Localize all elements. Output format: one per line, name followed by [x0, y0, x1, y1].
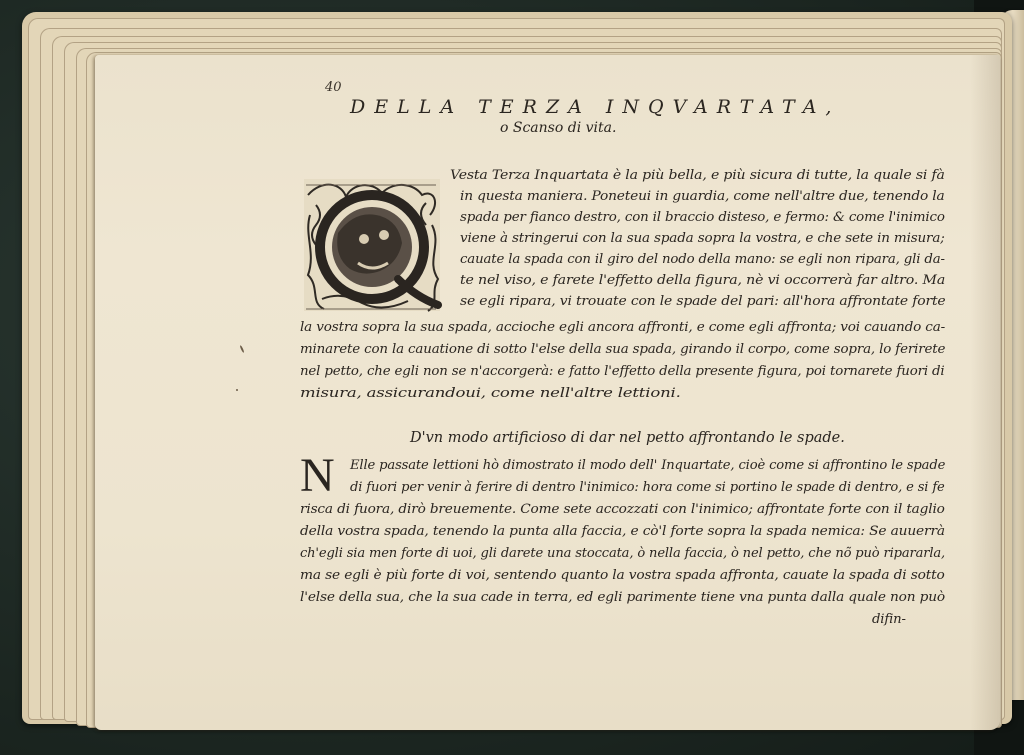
gutter-shadow — [970, 55, 1000, 730]
text-line: Vesta Terza Inquartata è la più bella, e… — [450, 168, 945, 184]
text-line: risca di fuora, dirò breuemente. Come se… — [300, 502, 945, 518]
initial-letter-n: N — [300, 452, 335, 500]
text-line: in questa maniera. Poneteui in guardia, … — [460, 189, 945, 205]
catchword: difin- — [872, 612, 906, 628]
text-line: la vostra sopra la sua spada, accioche e… — [300, 320, 945, 336]
text-line: l'else della sua, che la sua cade in ter… — [300, 590, 945, 606]
paper-mark — [236, 389, 238, 391]
text-line: ch'egli sia men forte di uoi, gli darete… — [300, 546, 945, 562]
section-heading: D'vn modo artificioso di dar nel petto a… — [410, 430, 845, 446]
chapter-title: DELLA TERZA INQVARTATA, — [350, 96, 890, 118]
text-line: della vostra spada, tenendo la punta all… — [300, 524, 945, 540]
text-line: minarete con la cauatione di sotto l'els… — [300, 342, 945, 358]
text-line: ma se egli è più forte di voi, sentendo … — [300, 568, 945, 584]
text-line: misura, assicurandoui, come nell'altre l… — [300, 386, 681, 402]
text-line: spada per fianco destro, con il braccio … — [460, 210, 945, 226]
text-line: viene à stringerui con la sua spada sopr… — [460, 231, 945, 247]
page-number: 40 — [325, 80, 342, 95]
text-line: cauate la spada con il giro del nodo del… — [460, 252, 945, 268]
text-line: Elle passate lettioni hò dimostrato il m… — [350, 458, 945, 474]
text-line: di fuori per venir à ferire di dentro l'… — [350, 480, 945, 496]
text-line: se egli ripara, vi trouate con le spade … — [460, 294, 945, 310]
text-line: te nel viso, e farete l'effetto della fi… — [460, 273, 945, 289]
text-line: nel petto, che egli non se n'accorgerà: … — [300, 364, 945, 380]
chapter-subtitle: o Scanso di vita. — [500, 120, 616, 136]
ornate-initial-q-icon — [302, 175, 444, 317]
